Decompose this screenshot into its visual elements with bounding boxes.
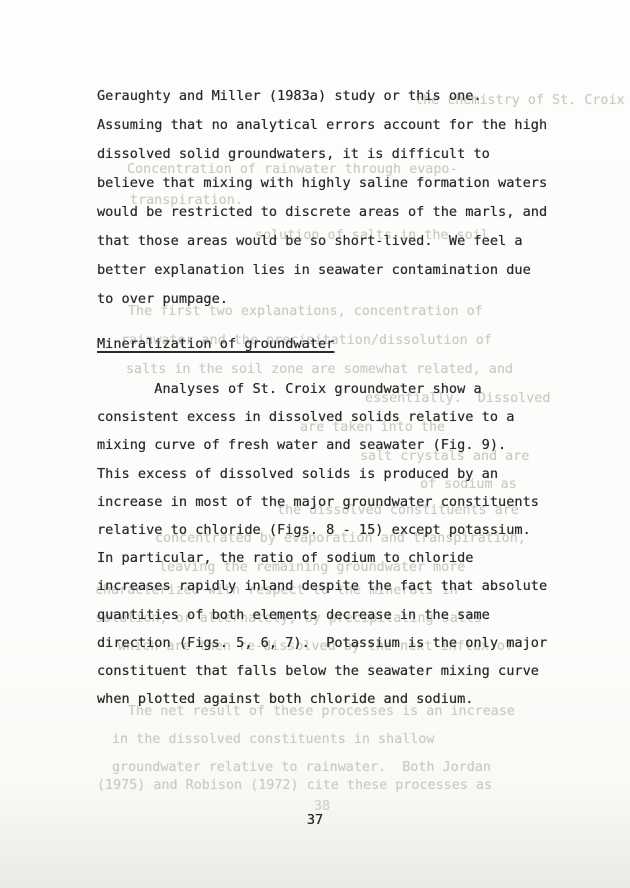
paragraph-2: Analyses of St. Croix groundwater show a… <box>97 375 547 713</box>
text-line: consistent excess in dissolved solids re… <box>97 403 547 431</box>
scanned-page: the chemistry of St. Croix Concentration… <box>0 0 630 888</box>
text-line: better explanation lies in seawater cont… <box>97 256 547 285</box>
text-line: increase in most of the major groundwate… <box>97 488 547 516</box>
text-line: believe that mixing with highly saline f… <box>97 169 547 198</box>
text-line: mixing curve of fresh water and seawater… <box>97 431 547 459</box>
text-line: when plotted against both chloride and s… <box>97 685 547 713</box>
paragraph-1: Geraughty and Miller (1983a) study or th… <box>97 82 547 314</box>
text-line: Analyses of St. Croix groundwater show a <box>97 375 547 403</box>
text-line: Geraughty and Miller (1983a) study or th… <box>97 82 547 111</box>
text-line: increases rapidly inland despite the fac… <box>97 572 547 600</box>
text-line: Assuming that no analytical errors accou… <box>97 111 547 140</box>
section-heading: Mineralization of groundwater <box>97 336 334 352</box>
text-line: dissolved solid groundwaters, it is diff… <box>97 140 547 169</box>
text-line: that those areas would be so short-lived… <box>97 227 547 256</box>
page-number: 37 <box>0 812 630 828</box>
ghost-line: groundwater relative to rainwater. Both … <box>112 760 491 775</box>
text-line: This excess of dissolved solids is produ… <box>97 460 547 488</box>
text-line: quantities of both elements decrease in … <box>97 601 547 629</box>
text-line: to over pumpage. <box>97 285 547 314</box>
text-line: In particular, the ratio of sodium to ch… <box>97 544 547 572</box>
text-line: direction (Figs. 5, 6, 7). Potassium is … <box>97 629 547 657</box>
ghost-line: in the dissolved constituents in shallow <box>112 732 434 747</box>
text-line: constituent that falls below the seawate… <box>97 657 547 685</box>
text-line: would be restricted to discrete areas of… <box>97 198 547 227</box>
text-line: relative to chloride (Figs. 8 - 15) exce… <box>97 516 547 544</box>
ghost-line: (1975) and Robison (1972) cite these pro… <box>97 778 492 793</box>
